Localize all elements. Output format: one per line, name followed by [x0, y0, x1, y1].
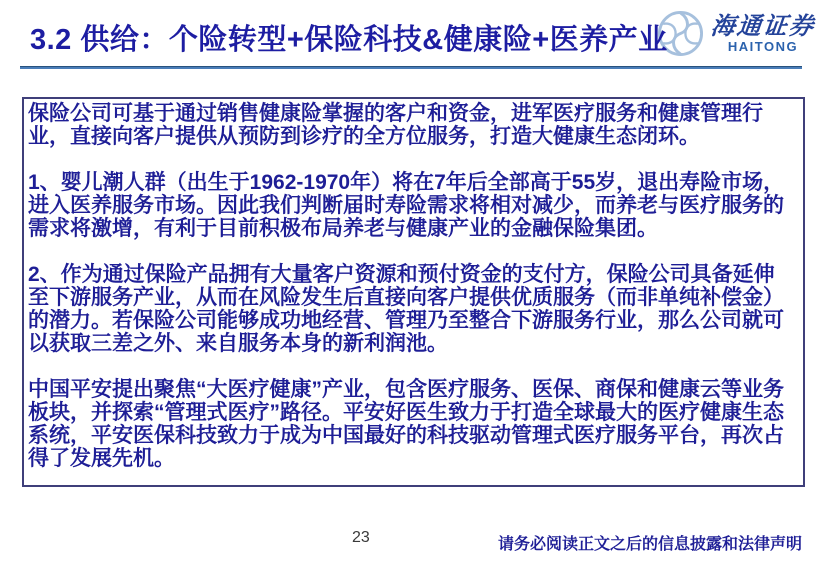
haitong-logo-en: HAITONG [728, 39, 798, 54]
content-box: 保险公司可基于通过销售健康险掌握的客户和资金，进军医疗服务和健康管理行业，直接向… [22, 97, 805, 487]
paragraph-pingan: 中国平安提出聚焦“大医疗健康”产业，包含医疗服务、医保、商保和健康云等业务板块，… [28, 378, 795, 470]
page-number: 23 [352, 529, 370, 547]
footer-disclaimer: 请务必阅读正文之后的信息披露和法律声明 [498, 531, 802, 554]
title-underline-rule [20, 66, 802, 69]
paragraph-intro: 保险公司可基于通过销售健康险掌握的客户和资金，进军医疗服务和健康管理行业，直接向… [28, 102, 795, 148]
paragraph-point-1: 1、婴儿潮人群（出生于1962-1970年）将在7年后全部高于55岁，退出寿险市… [28, 171, 795, 240]
slide: { "slide": { "title": "3.2 供给：个险转型+保险科技&… [0, 0, 829, 571]
paragraph-point-2: 2、作为通过保险产品拥有大量客户资源和预付资金的支付方，保险公司具备延伸至下游服… [28, 263, 795, 355]
haitong-logo-cn: 海通证券 [710, 13, 817, 39]
haitong-logo-text: 海通证券 HAITONG [711, 13, 815, 53]
haitong-logo: 海通证券 HAITONG [657, 10, 815, 57]
slide-title: 3.2 供给：个险转型+保险科技&健康险+医养产业 [30, 17, 668, 58]
